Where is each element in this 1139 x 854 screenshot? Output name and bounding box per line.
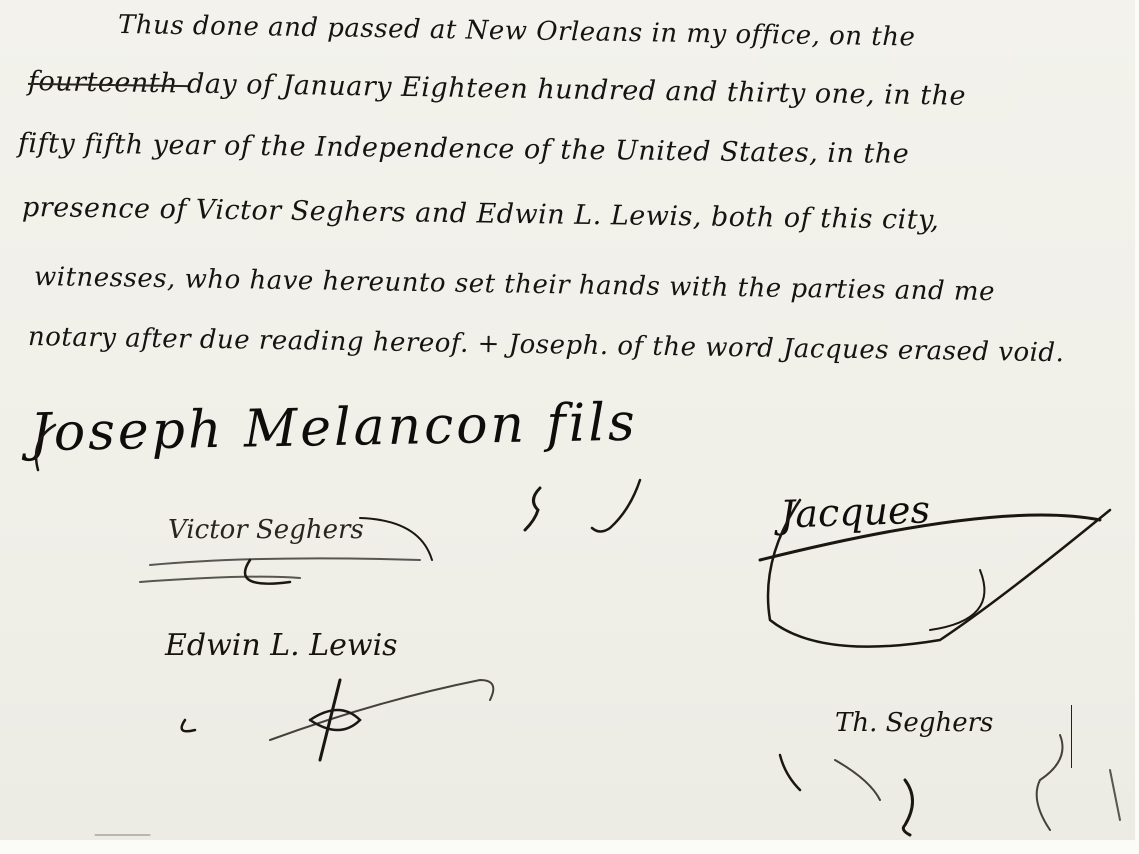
vertical-rule [1071,705,1072,768]
text-line-6: notary after due reading hereof. + Josep… [28,322,1065,368]
text-line-1: Thus done and passed at New Orleans in m… [118,10,916,53]
text-line-5: witnesses, who have hereunto set their h… [34,262,995,307]
scan-margin-bottom [0,840,1139,854]
scan-margin-right [1135,0,1139,854]
text-line-4: presence of Victor Seghers and Edwin L. … [22,192,940,236]
signature-notary: Th. Seghers [835,708,993,738]
signature-second-party: Jacques [779,487,930,536]
text-line-2: fourteenth day of January Eighteen hundr… [28,66,966,112]
signature-witness-2: Edwin L. Lewis [165,628,398,663]
signature-principal: Joseph Melancon fils [30,393,639,464]
text-line-3: fifty fifth year of the Independence of … [18,128,910,170]
document-page: Thus done and passed at New Orleans in m… [0,0,1135,840]
signature-witness-1: Victor Seghers [168,515,364,545]
